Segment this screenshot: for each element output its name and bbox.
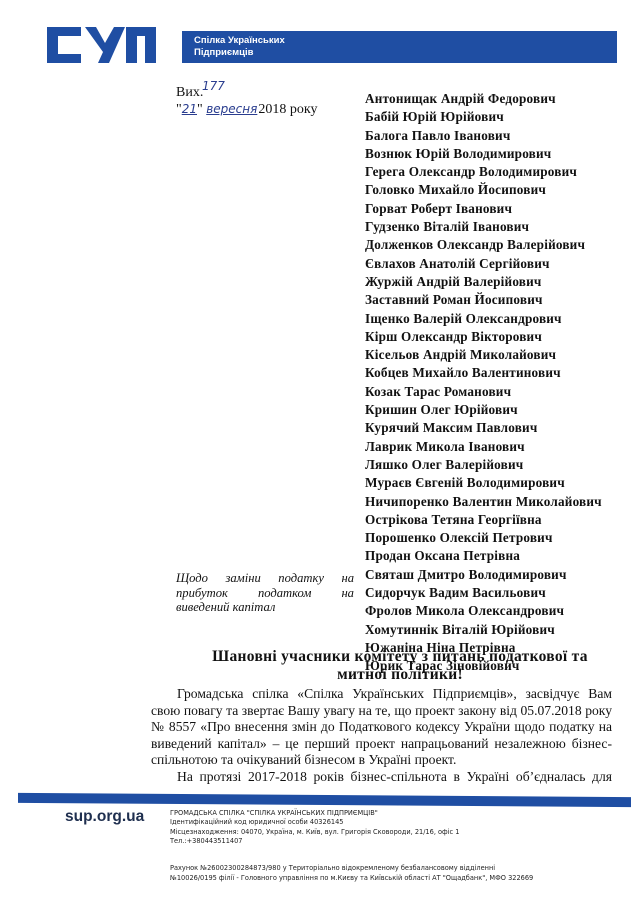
recipient-name: Заставний Роман Йосипович [365,291,602,309]
subject-word: на [341,571,354,586]
recipient-name: Долженков Олександр Валерійович [365,236,602,254]
recipient-name: Бабій Юрій Юрійович [365,108,602,126]
footer-id-code: Ідентифікаційний код юридичної особи 403… [170,818,459,827]
recipient-name: Сидорчук Вадим Васильович [365,584,602,602]
subject-line-1: Щодозаміниподаткуна [176,571,354,586]
recipient-name: Герега Олександр Володимирович [365,163,602,181]
subject-word: податку [278,571,324,586]
recipients-list: Антонищак Андрій ФедоровичБабій Юрій Юрі… [365,90,602,676]
recipient-name: Фролов Микола Олександрович [365,602,602,620]
recipient-name: Козак Тарас Романович [365,383,602,401]
footer-bank-line: №10026/0195 філії - Головного управління… [170,873,533,883]
recipient-name: Кісельов Андрій Миколайович [365,346,602,364]
recipient-name: Ничипоренко Валентин Миколайович [365,493,602,511]
subject-word: податком [258,586,311,601]
letter-subject: Щодозаміниподаткуна прибутокподаткомна в… [176,571,354,615]
outgoing-reference: Вих. 177 "21" вересня2018 року [176,84,317,118]
subject-word: Щодо [176,571,208,586]
subject-word: на [341,586,354,601]
recipient-name: Кірш Олександр Вікторович [365,328,602,346]
recipient-name: Іщенко Валерій Олександрович [365,310,602,328]
recipient-name: Кришин Олег Юрійович [365,401,602,419]
subject-line-2: прибутокподаткомна [176,586,354,601]
subject-word: прибуток [176,586,228,601]
recipient-name: Хомутиннік Віталій Юрійович [365,621,602,639]
recipient-name: Кобцев Михайло Валентинович [365,364,602,382]
outgoing-label: Вих. [176,85,203,100]
recipient-name: Вознюк Юрій Володимирович [365,145,602,163]
recipient-name: Ляшко Олег Валерійович [365,456,602,474]
outgoing-month: вересня [206,102,257,116]
recipient-name: Горват Роберт Іванович [365,200,602,218]
recipient-name: Журжій Андрій Валерійович [365,273,602,291]
footer-phone: Тел.:+380443511407 [170,837,459,846]
recipient-name: Гудзенко Віталій Іванович [365,218,602,236]
footer-address: Місцезнаходження: 04070, Україна, м. Киї… [170,828,459,837]
recipient-name: Євлахов Анатолій Сергійович [365,255,602,273]
outgoing-number: 177 [202,78,225,95]
recipient-name: Лаврик Микола Іванович [365,438,602,456]
sup-logo [47,27,156,63]
footer-bank-line: Рахунок №26002300284873/980 у Територіал… [170,863,533,873]
greeting-heading: Шановні учасники комітету з питань подат… [190,648,610,684]
recipient-name: Продан Оксана Петрівна [365,547,602,565]
recipient-name: Порошенко Олексій Петрович [365,529,602,547]
subject-word: заміни [225,571,260,586]
body-paragraph: Громадська спілка «Спілка Українських Пі… [151,686,612,769]
recipient-name: Головко Михайло Йосипович [365,181,602,199]
outgoing-day: 21 [182,102,197,116]
body-paragraph: На протязі 2017-2018 років бізнес-спільн… [151,769,612,786]
subject-line-3: виведений капітал [176,600,354,615]
footer-org-info: ГРОМАДСЬКА СПІЛКА "СПІЛКА УКРАЇНСЬКИХ ПІ… [170,809,459,846]
recipient-name: Святаш Дмитро Володимирович [365,566,602,584]
recipient-name: Балога Павло Іванович [365,127,602,145]
header-banner: Спілка Українських Підприємців [182,31,617,63]
recipient-name: Острікова Тетяна Георгіївна [365,511,602,529]
footer-bank-details: Рахунок №26002300284873/980 у Територіал… [170,863,533,883]
footer-org-name: ГРОМАДСЬКА СПІЛКА "СПІЛКА УКРАЇНСЬКИХ ПІ… [170,809,459,818]
recipient-name: Мураєв Євгеній Володимирович [365,474,602,492]
footer-divider [18,793,631,807]
recipient-name: Антонищак Андрій Федорович [365,90,602,108]
recipient-name: Курячий Максим Павлович [365,419,602,437]
outgoing-year: 2018 року [258,102,317,117]
website-link[interactable]: sup.org.ua [65,808,144,826]
org-name: Спілка Українських Підприємців [194,35,285,59]
letter-body: Громадська спілка «Спілка Українських Пі… [151,686,612,786]
